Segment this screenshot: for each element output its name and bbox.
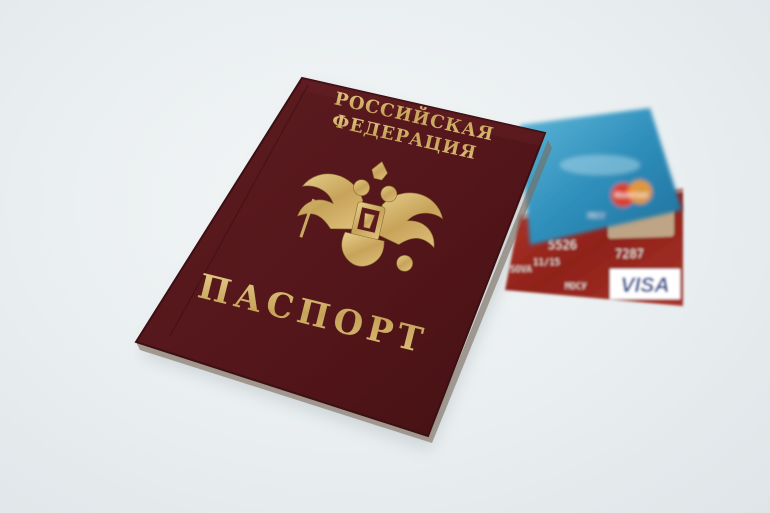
svg-text:7287: 7287 bbox=[615, 247, 644, 261]
passport: РОССИЙСКАЯ ФЕДЕРАЦИЯ ПАСПОРТ bbox=[136, 78, 545, 436]
svg-text:5526: 5526 bbox=[548, 238, 577, 252]
photo-scene: VISA 5526 7287 11/15 SOVA МОСУ MasterCar… bbox=[0, 0, 770, 513]
svg-text:MasterCard: MasterCard bbox=[614, 193, 647, 199]
svg-text:МОСУ: МОСУ bbox=[588, 212, 605, 220]
svg-text:VISA: VISA bbox=[620, 274, 669, 297]
svg-text:SOVA: SOVA bbox=[510, 265, 532, 275]
svg-text:МОСУ: МОСУ bbox=[565, 282, 587, 292]
svg-text:11/15: 11/15 bbox=[533, 258, 560, 268]
